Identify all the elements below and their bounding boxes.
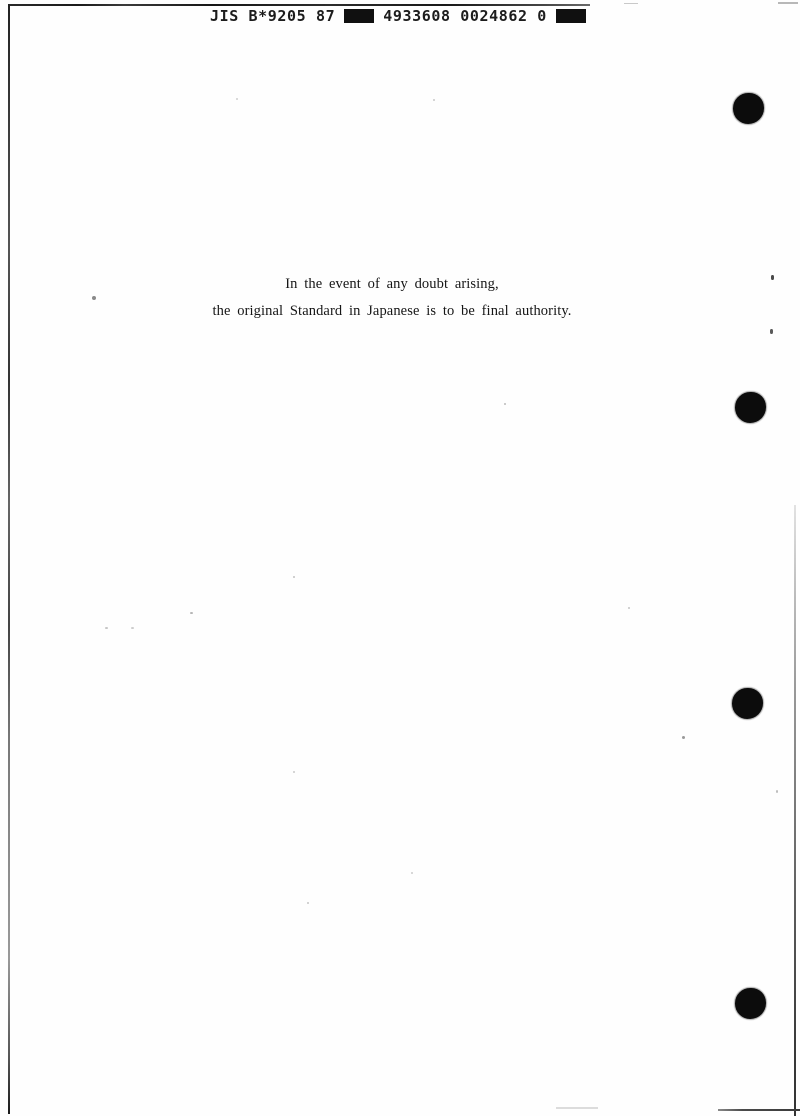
- scan-speck: [105, 627, 108, 629]
- scan-speck: [433, 99, 435, 101]
- scan-speck: [770, 329, 773, 334]
- page-border-bottom-right: [718, 1109, 800, 1111]
- page-border-left: [8, 4, 10, 1114]
- punch-hole-1: [733, 93, 764, 124]
- scan-speck: [293, 771, 295, 773]
- solid-bar-icon: [556, 9, 586, 23]
- scan-speck: [236, 98, 238, 100]
- punch-hole-4: [735, 988, 766, 1019]
- scan-speck: [411, 872, 413, 874]
- scan-speck: [776, 790, 778, 793]
- page-border-top: [8, 4, 590, 6]
- notice-block: In the event of any doubt arising, the o…: [0, 271, 792, 325]
- scanned-page: JIS B*9205 87 4933608 0024862 0 In the e…: [0, 0, 800, 1116]
- punch-hole-3: [732, 688, 763, 719]
- page-border-top-dash: [624, 3, 638, 4]
- page-border-top-dash: [778, 2, 798, 4]
- notice-line-1: In the event of any doubt arising,: [0, 271, 792, 298]
- standard-code: JIS B*9205 87: [210, 7, 335, 25]
- scan-speck: [131, 627, 134, 629]
- punch-hole-2: [735, 392, 766, 423]
- scan-speck: [628, 607, 630, 609]
- document-number: 4933608 0024862 0: [383, 7, 547, 25]
- scan-speck: [293, 576, 295, 578]
- scan-speck: [92, 296, 96, 300]
- scan-speck: [682, 736, 685, 739]
- scan-speck: [307, 902, 309, 904]
- scan-speck: [771, 275, 774, 280]
- page-border-bottom-dash: [556, 1107, 598, 1109]
- notice-line-2: the original Standard in Japanese is to …: [0, 298, 792, 325]
- solid-bar-icon: [344, 9, 374, 23]
- header-code-line: JIS B*9205 87 4933608 0024862 0: [210, 7, 586, 25]
- scan-speck: [504, 403, 506, 405]
- scan-speck: [190, 612, 193, 614]
- page-border-right: [794, 505, 796, 1116]
